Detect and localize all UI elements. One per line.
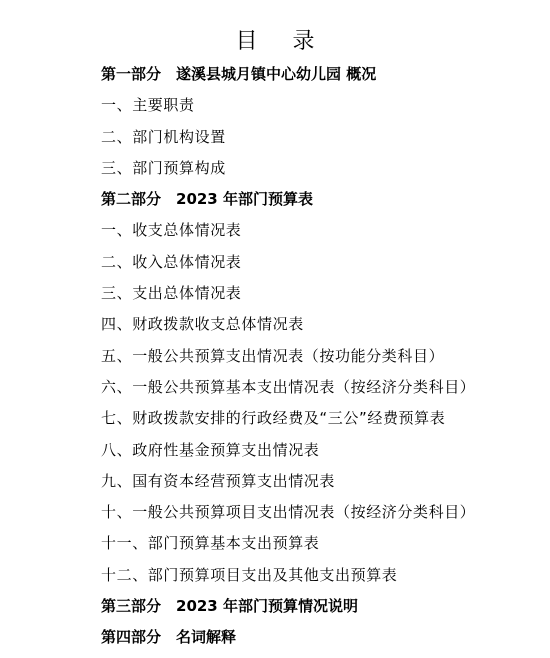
- table-of-contents: 第一部分 遂溪县城月镇中心幼儿园 概况 一、主要职责 二、部门机构设置 三、部门…: [101, 62, 475, 657]
- toc-item[interactable]: 五、一般公共预算支出情况表（按功能分类科目）: [101, 344, 475, 375]
- toc-item[interactable]: 四、财政拨款收支总体情况表: [101, 312, 475, 343]
- toc-section-2[interactable]: 第二部分 2023 年部门预算表: [101, 187, 475, 218]
- toc-item[interactable]: 十一、部门预算基本支出预算表: [101, 531, 475, 562]
- toc-item[interactable]: 七、财政拨款安排的行政经费及“三公”经费预算表: [101, 406, 475, 437]
- toc-item[interactable]: 一、主要职责: [101, 93, 475, 124]
- toc-item[interactable]: 二、收入总体情况表: [101, 250, 475, 281]
- toc-item[interactable]: 六、一般公共预算基本支出情况表（按经济分类科目）: [101, 375, 475, 406]
- toc-item[interactable]: 一、收支总体情况表: [101, 218, 475, 249]
- toc-section-4[interactable]: 第四部分 名词解释: [101, 625, 475, 656]
- toc-item[interactable]: 三、部门预算构成: [101, 156, 475, 187]
- toc-item[interactable]: 十、一般公共预算项目支出情况表（按经济分类科目）: [101, 500, 475, 531]
- page-title: 目 录: [0, 28, 550, 56]
- toc-item[interactable]: 八、政府性基金预算支出情况表: [101, 438, 475, 469]
- toc-item[interactable]: 二、部门机构设置: [101, 125, 475, 156]
- toc-item[interactable]: 九、国有资本经营预算支出情况表: [101, 469, 475, 500]
- toc-item[interactable]: 三、支出总体情况表: [101, 281, 475, 312]
- toc-item[interactable]: 十二、部门预算项目支出及其他支出预算表: [101, 563, 475, 594]
- toc-section-3[interactable]: 第三部分 2023 年部门预算情况说明: [101, 594, 475, 625]
- toc-section-1[interactable]: 第一部分 遂溪县城月镇中心幼儿园 概况: [101, 62, 475, 93]
